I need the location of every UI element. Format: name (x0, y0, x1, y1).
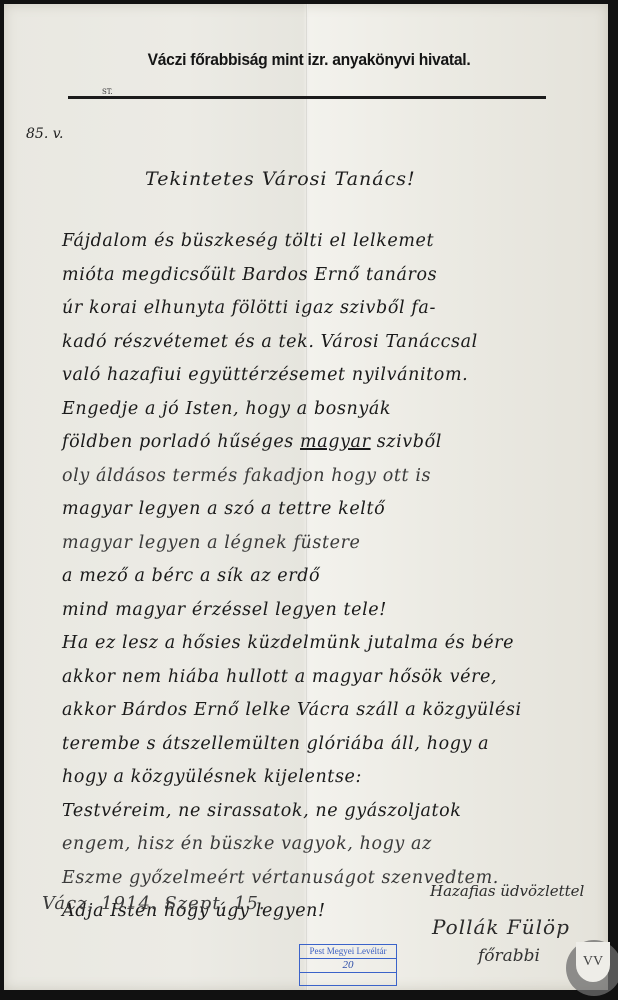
body-line: terembe s átszellemülten glóriába áll, h… (62, 728, 602, 762)
body-line: való hazafiui együttérzésemet nyilvánito… (62, 359, 602, 393)
stamp-institution: Pest Megyei Levéltár (300, 945, 396, 959)
body-line: Ha ez lesz a hősies küzdelmünk jutalma é… (62, 627, 602, 661)
body-line: a mező a bérc a sík az erdő (62, 560, 602, 594)
body-line: földben porladó hűséges magyar szivből (62, 426, 602, 460)
body-line: hogy a közgyülésnek kijelentse: (62, 761, 602, 795)
salutation: Tekintetes Városi Tanács! (145, 168, 416, 190)
archive-seal-icon: VV (566, 940, 618, 996)
body-line: oly áldásos termés fakadjon hogy ott is (62, 460, 602, 494)
body-line: Testvéreim, ne sirassatok, ne gyászoljat… (62, 795, 602, 829)
body-line: magyar legyen a légnek füstere (62, 527, 602, 561)
stamp-number: 20 (300, 959, 396, 973)
underlined-word: magyar (300, 432, 371, 452)
body-line: magyar legyen a szó a tettre keltő (62, 493, 602, 527)
body-line: kadó részvétemet és a tek. Városi Tanácc… (62, 326, 602, 360)
reference-number: 85. v. (26, 126, 63, 142)
body-line: mind magyar érzéssel legyen tele! (62, 594, 602, 628)
letter-closing: Hazafias üdvözlettel (430, 882, 584, 900)
signature: Pollák Fülöp (432, 915, 570, 939)
archive-stamp: Pest Megyei Levéltár 20 (299, 944, 397, 986)
letter-date: Vácz, 1914. Szept. 15. (42, 893, 266, 914)
letterhead-title: Váczi főrabbiság mint izr. anyakönyvi hi… (25, 50, 594, 70)
body-line: Engedje a jó Isten, hogy a bosnyák (62, 393, 602, 427)
body-line: akkor nem hiába hullott a magyar hősök v… (62, 661, 602, 695)
body-line: engem, hisz én büszke vagyok, hogy az (62, 828, 602, 862)
signature-title: főrabbi (478, 946, 540, 966)
seal-monogram: VV (576, 942, 610, 982)
letter-body: Fájdalom és büszkeség tölti el lelkemet … (62, 225, 602, 929)
stamp-empty-row (300, 973, 396, 986)
body-line: Fájdalom és büszkeség tölti el lelkemet (62, 225, 602, 259)
body-line: mióta megdicsőült Bardos Ernő tanáros (62, 259, 602, 293)
letterhead-sublabel: ST. (100, 88, 115, 96)
body-line: akkor Bárdos Ernő lelke Vácra száll a kö… (62, 694, 602, 728)
letterhead-rule (68, 96, 546, 99)
body-line: úr korai elhunyta fölötti igaz szivből f… (62, 292, 602, 326)
